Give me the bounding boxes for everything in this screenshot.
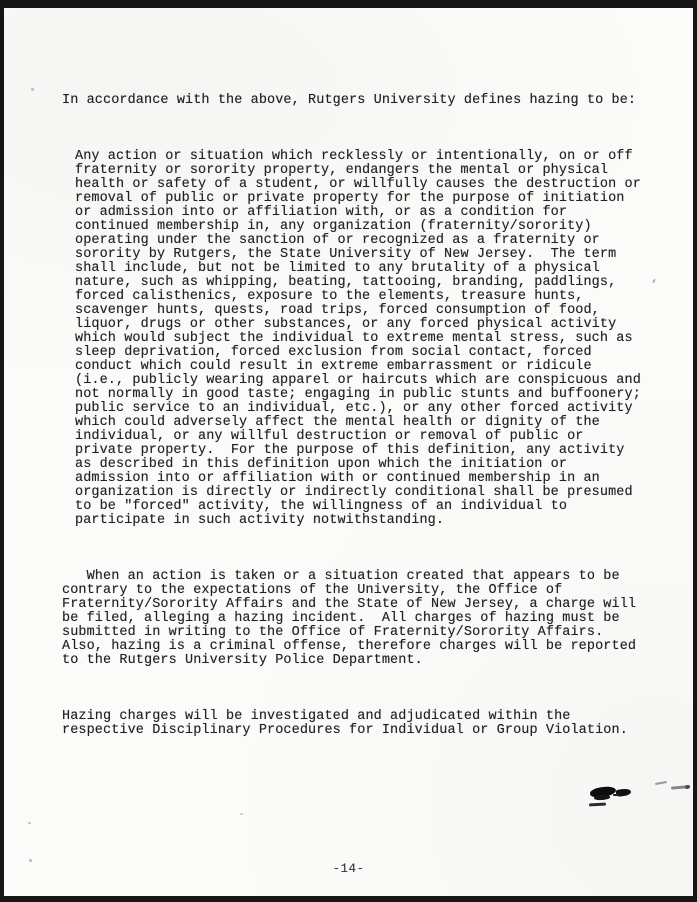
intro-paragraph: In accordance with the above, Rutgers Un… bbox=[62, 94, 662, 108]
ink-smudge-dash bbox=[589, 803, 606, 807]
page-number: -14- bbox=[4, 862, 693, 876]
adjudication-paragraph: Hazing charges will be investigated and … bbox=[62, 710, 662, 738]
scan-speck bbox=[240, 813, 243, 815]
scanned-document-page: In accordance with the above, Rutgers Un… bbox=[0, 0, 697, 902]
pencil-scratch bbox=[655, 781, 667, 785]
pencil-scratch bbox=[671, 785, 687, 789]
enforcement-paragraph: When an action is taken or a situation c… bbox=[62, 570, 662, 668]
ink-smudge bbox=[616, 788, 632, 797]
ink-smudge bbox=[594, 794, 610, 800]
scan-speck bbox=[28, 822, 31, 824]
ink-smudge bbox=[590, 786, 617, 798]
pencil-scratch bbox=[685, 785, 690, 789]
document-text: In accordance with the above, Rutgers Un… bbox=[62, 66, 662, 780]
hazing-definition-paragraph: Any action or situation which recklessly… bbox=[75, 150, 662, 528]
ink-smudge-dash bbox=[613, 794, 620, 796]
scan-speck bbox=[31, 88, 34, 91]
